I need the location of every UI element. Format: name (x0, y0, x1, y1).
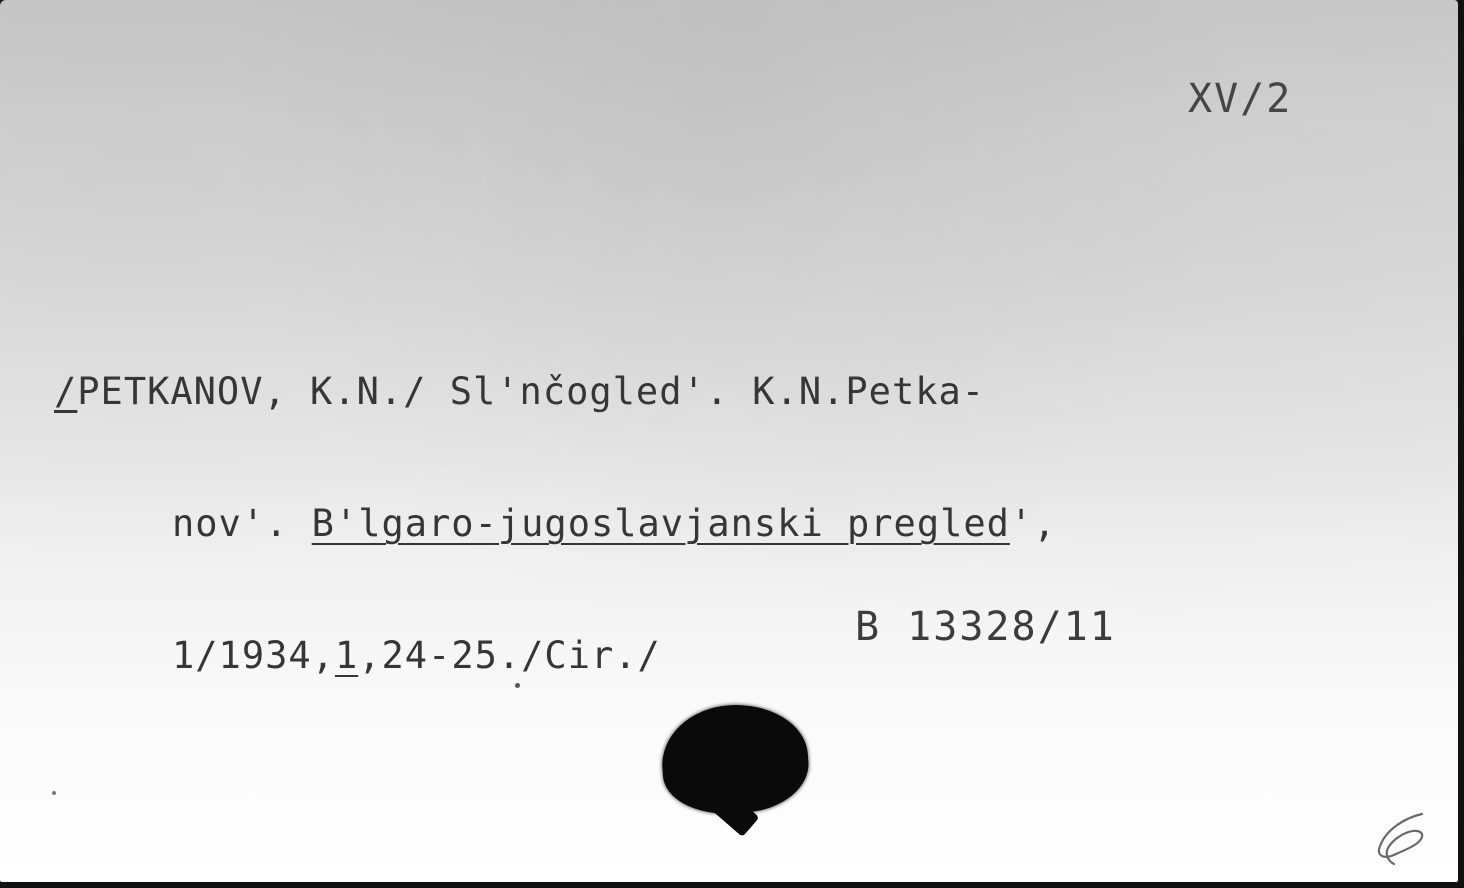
classification-mark: XV/2 (1188, 76, 1292, 122)
volume-year: 1/1934, (172, 634, 335, 677)
article-title: Sl'nčogled'. K.N.Petka- (426, 370, 985, 413)
entry-line-2: nov'. B'lgaro-jugoslavjanski pregled', (54, 502, 1057, 546)
call-number: B 13328/11 (855, 604, 1116, 650)
bibliographic-entry: /PETKANOV, K.N./ Sl'nčogled'. K.N.Petka-… (54, 282, 1057, 766)
issue-number: 1 (335, 634, 358, 677)
handwritten-six-icon (1370, 808, 1440, 868)
journal-tail: ', (1010, 502, 1057, 545)
stray-dot (515, 683, 520, 688)
stray-dot (52, 791, 56, 795)
pages-and-script: ,24-25./Cir./ (358, 634, 661, 677)
card-edge-right (1458, 0, 1464, 888)
author-continuation: nov'. (172, 502, 312, 545)
author-name: PETKANOV, K.N. (77, 370, 403, 413)
close-bracket: / (403, 370, 426, 413)
journal-title: B'lgaro-jugoslavjanski pregled (312, 502, 1010, 545)
open-bracket: / (54, 370, 77, 413)
card-edge-bottom (0, 882, 1464, 888)
catalog-card: XV/2 /PETKANOV, K.N./ Sl'nčogled'. K.N.P… (0, 0, 1458, 882)
entry-line-1: /PETKANOV, K.N./ Sl'nčogled'. K.N.Petka- (54, 370, 1057, 414)
